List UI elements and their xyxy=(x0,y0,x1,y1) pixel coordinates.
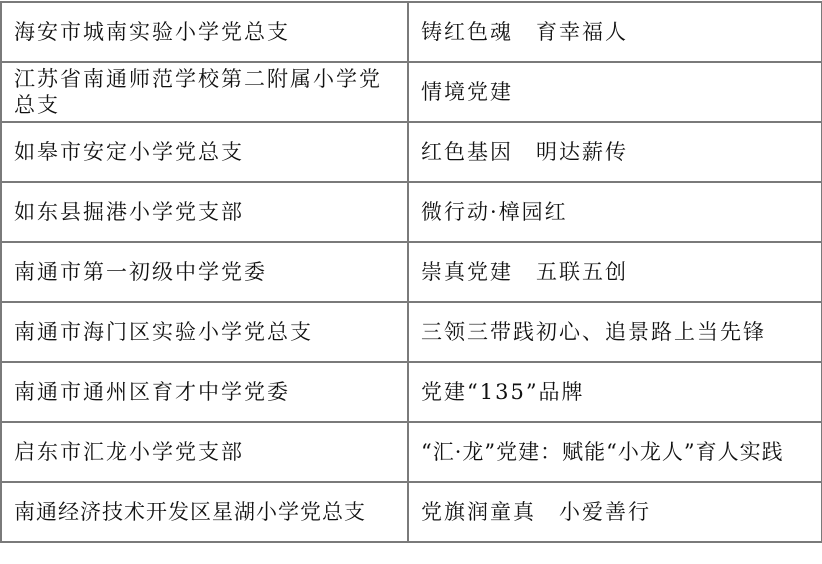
unit-cell: 南通市通州区育才中学党委 xyxy=(1,362,408,422)
brand-cell: 党建“135”品牌 xyxy=(408,362,822,422)
table-row: 海安市城南实验小学党总支 铸红色魂 育幸福人 xyxy=(1,2,822,62)
table-row: 启东市汇龙小学党支部 “汇·龙”党建：赋能“小龙人”育人实践 xyxy=(1,422,822,482)
brand-cell: “汇·龙”党建：赋能“小龙人”育人实践 xyxy=(408,422,822,482)
brand-cell: 情境党建 xyxy=(408,62,822,122)
table-row: 南通经济技术开发区星湖小学党总支 党旗润童真 小爱善行 xyxy=(1,482,822,542)
unit-cell: 南通市第一初级中学党委 xyxy=(1,242,408,302)
unit-cell: 启东市汇龙小学党支部 xyxy=(1,422,408,482)
brand-cell: 崇真党建 五联五创 xyxy=(408,242,822,302)
brand-cell: 三领三带践初心、追景路上当先锋 xyxy=(408,302,822,362)
table-row: 如皋市安定小学党总支 红色基因 明达薪传 xyxy=(1,122,822,182)
unit-cell: 海安市城南实验小学党总支 xyxy=(1,2,408,62)
unit-cell: 如东县掘港小学党支部 xyxy=(1,182,408,242)
table-row: 南通市海门区实验小学党总支 三领三带践初心、追景路上当先锋 xyxy=(1,302,822,362)
unit-cell: 江苏省南通师范学校第二附属小学党总支 xyxy=(1,62,408,122)
table-row: 南通市第一初级中学党委 崇真党建 五联五创 xyxy=(1,242,822,302)
table-row: 如东县掘港小学党支部 微行动·樟园红 xyxy=(1,182,822,242)
party-brand-table: 海安市城南实验小学党总支 铸红色魂 育幸福人 江苏省南通师范学校第二附属小学党总… xyxy=(0,1,822,543)
unit-cell: 南通经济技术开发区星湖小学党总支 xyxy=(1,482,408,542)
brand-cell: 红色基因 明达薪传 xyxy=(408,122,822,182)
unit-cell: 如皋市安定小学党总支 xyxy=(1,122,408,182)
brand-cell: 党旗润童真 小爱善行 xyxy=(408,482,822,542)
brand-cell: 铸红色魂 育幸福人 xyxy=(408,2,822,62)
brand-cell: 微行动·樟园红 xyxy=(408,182,822,242)
unit-cell: 南通市海门区实验小学党总支 xyxy=(1,302,408,362)
table-row: 南通市通州区育才中学党委 党建“135”品牌 xyxy=(1,362,822,422)
table-row: 江苏省南通师范学校第二附属小学党总支 情境党建 xyxy=(1,62,822,122)
